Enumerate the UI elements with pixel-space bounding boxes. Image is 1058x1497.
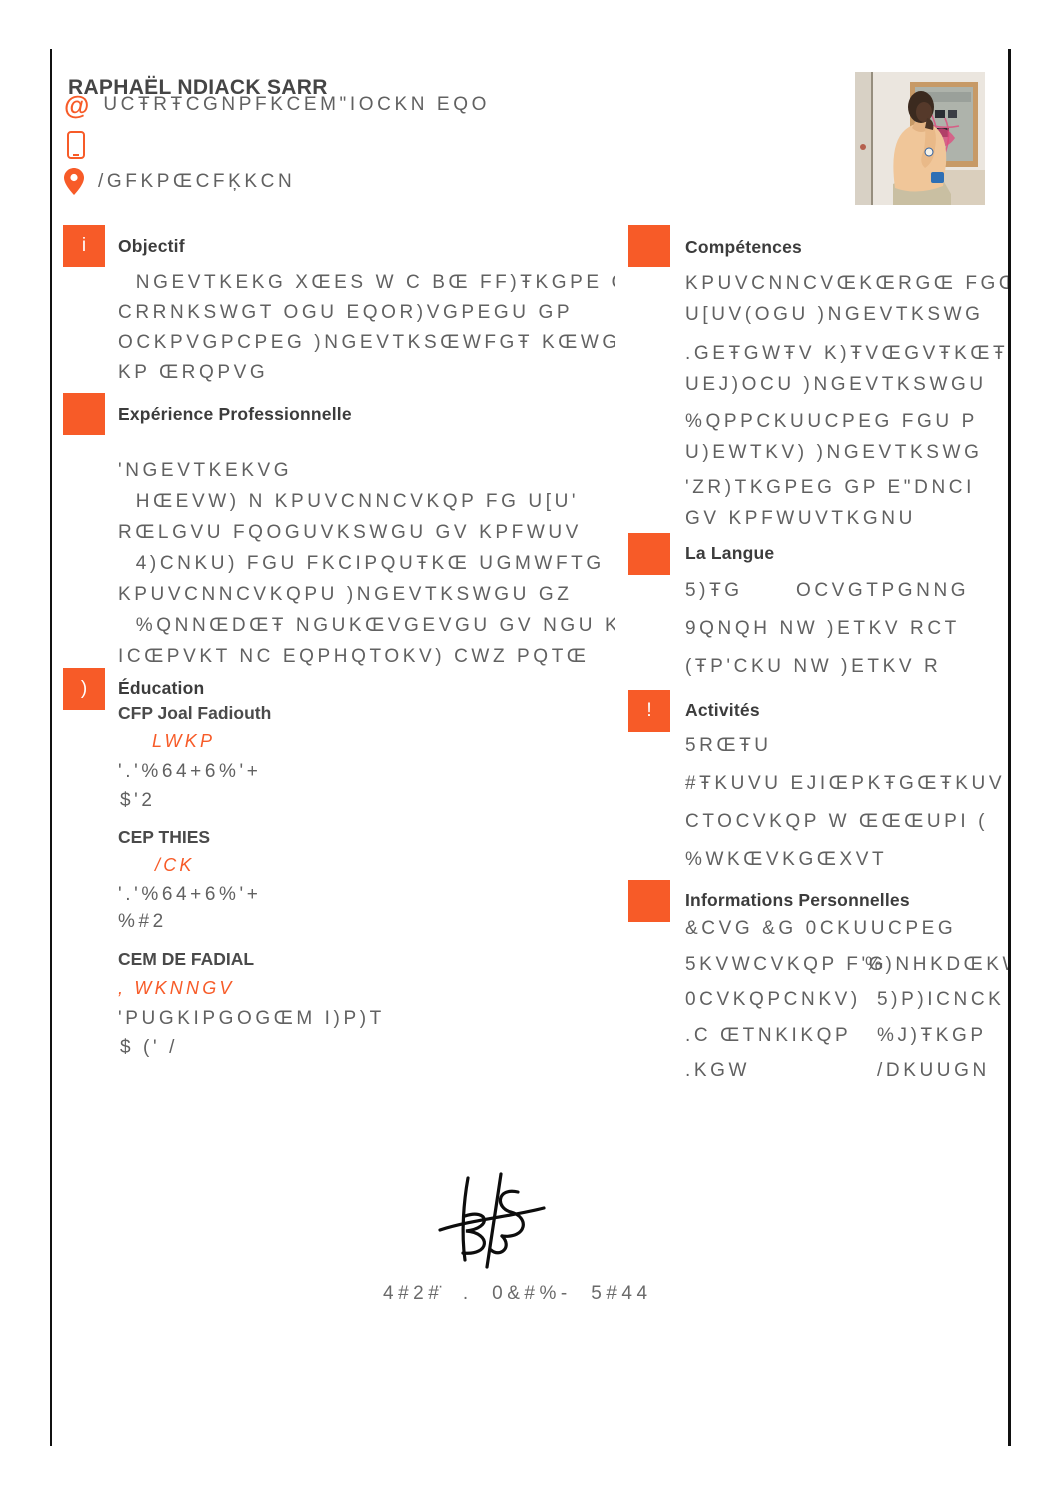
text-line: 4)CNKU) FGU FKCIPQUŦKŒ UGMWFTG bbox=[118, 548, 615, 579]
info-row: .C ŒTNKIKQP %J)ŦKGP bbox=[685, 1025, 1008, 1061]
education-date: , WKNNGV bbox=[118, 978, 235, 999]
competence-item: KPUVCNNCVŒKŒRGŒ FGŒVF GGLP U[UV(OGU )NGE… bbox=[685, 268, 1008, 330]
info-label: .C ŒTNKIKQP bbox=[685, 1025, 851, 1046]
education-detail: '.'%64+6%'+ bbox=[118, 761, 615, 783]
text-line: KPUVCNNCVŒKŒRGŒ FGŒVF GGLP bbox=[685, 268, 1008, 299]
education-date: /CK bbox=[155, 855, 195, 876]
experience-title: Expérience Professionnelle bbox=[118, 404, 352, 425]
competence-item: 'ZR)TKGPEG GP E"DNCI GV KPFWUVTKGNU bbox=[685, 472, 1008, 534]
text-line: CRRNKSWGT OGU EQOR)VGPEGU GP bbox=[118, 298, 615, 328]
objectif-text: NGEVTKEKG XŒES W C BŒ FF)ŦKGPE ŒC PEVJ C… bbox=[118, 268, 615, 388]
info-value: %J)ŦKGP bbox=[877, 1025, 987, 1047]
info-value: 5)P)ICNCK bbox=[877, 989, 1004, 1011]
experience-text: 'NGEVTKEKVG HŒEVW) N KPUVCNNCVKQP FG U[U… bbox=[118, 455, 615, 672]
education-school: CFP Joal Fadiouth bbox=[118, 703, 271, 724]
activites-section-icon: ! bbox=[628, 690, 670, 732]
info-value: /DKUUGN bbox=[877, 1060, 990, 1082]
langue-title: La Langue bbox=[685, 543, 774, 564]
text-line: OCKPVGPCPEG )NGEVTKSŒWFGŦ KŒWGUG bbox=[118, 328, 615, 358]
location-pin-icon bbox=[64, 168, 84, 195]
objectif-title: Objectif bbox=[118, 236, 185, 257]
text-line: .GEŦGWŦV K)ŦVŒGVŦKŒŦP FG bbox=[685, 338, 1008, 369]
text-line: ICŒPVKT NC EQPHQTOKV) CWZ PQTŒ bbox=[118, 641, 615, 672]
graduation-icon: ) bbox=[81, 678, 87, 700]
exclamation-icon: ! bbox=[646, 700, 651, 722]
info-icon: i bbox=[82, 235, 86, 257]
education-detail: 'PUGKIPGOGŒM I)P)T bbox=[118, 1008, 615, 1030]
text-line: U)EWTKV) )NGEVTKSWG bbox=[685, 437, 1008, 468]
text-line: UEJ)OCU )NGEVTKSWGU bbox=[685, 369, 1008, 400]
text-line: 'NGEVTKEKVG bbox=[118, 455, 615, 486]
text-line: NGEVTKEKG XŒES W C BŒ FF)ŦKGPE ŒC PEVJ bbox=[118, 268, 615, 298]
text-line: %QNNŒDŒŦ NGUKŒVGEVGU GV NGU KI bbox=[118, 610, 615, 641]
location-row: /GFKPŒCFĶKCN bbox=[64, 168, 295, 195]
competences-section-icon bbox=[628, 225, 670, 267]
email-icon: @ bbox=[64, 92, 89, 118]
text-line: HŒEVW) N KPUVCNNCVKQP FG U[U' bbox=[118, 486, 615, 517]
text-line: #ŦKUVU EJIŒPKŦGŒŦKUV bbox=[685, 765, 1008, 803]
education-section-icon: ) bbox=[63, 668, 105, 710]
education-title: Éducation bbox=[118, 678, 204, 699]
text-line: GV KPFWUVTKGNU bbox=[685, 503, 1008, 534]
competence-item: .GEŦGWŦV K)ŦVŒGVŦKŒŦP FG UEJ)OCU )NGEVTK… bbox=[685, 338, 1008, 400]
activites-title: Activités bbox=[685, 700, 760, 721]
education-school: CEP THIES bbox=[118, 827, 210, 848]
location-text: /GFKPŒCFĶKCN bbox=[98, 171, 295, 193]
info-label: &CVG &G 0CKUUCPEG bbox=[685, 918, 956, 939]
page-left-border bbox=[50, 49, 52, 1446]
info-row: 5KVWCVKQP F'G %)NHKDŒKW( bbox=[685, 954, 1008, 990]
text-line: RŒLGVU FQOGUVKSWGU GV KPFWUV bbox=[118, 517, 615, 548]
email-row: @ UCŦRŦCGNPFKCEM"IOCKN EQO bbox=[64, 92, 490, 118]
text-line: KP ŒRQPVG bbox=[118, 358, 615, 388]
education-date: LWKP bbox=[152, 731, 215, 752]
signature bbox=[438, 1170, 548, 1270]
text-line: U[UV(OGU )NGEVTKSWG bbox=[685, 299, 1008, 330]
competences-title: Compétences bbox=[685, 237, 802, 258]
activites-text: 5RŒŦU #ŦKUVU EJIŒPKŦGŒŦKUV CTOCVKQP W ŒŒ… bbox=[685, 727, 1008, 879]
education-diploma: $ (' / bbox=[120, 1037, 617, 1059]
infos-section-icon bbox=[628, 880, 670, 922]
competence-item: %QPPCKUUCPEG FGU P U)EWTKV) )NGEVTKSWG bbox=[685, 406, 1008, 468]
cv-page: RAPHAËL NDIACK SARR @ UCŦRŦCGNPFKCEM"IOC… bbox=[0, 0, 1058, 1497]
info-value: %)NHKDŒKW( bbox=[865, 954, 1008, 976]
objectif-section-icon: i bbox=[63, 225, 105, 267]
education-detail: '.'%64+6%'+ bbox=[118, 884, 615, 906]
info-row: &CVG &G 0CKUUCPEG bbox=[685, 918, 1008, 954]
profile-photo bbox=[855, 72, 985, 205]
text-line: CTOCVKQP W ŒŒŒUPI ( bbox=[685, 803, 1008, 841]
text-line: KPUVCNNCVKQPU )NGEVTKSWGU GZ bbox=[118, 579, 615, 610]
info-label: 5KVWCVKQP F'G bbox=[685, 954, 887, 975]
typed-name: 4#2#̈ . 0&#%- 5#44 bbox=[383, 1283, 652, 1305]
langue-text: 5)ŦG OCVGTPGNNG 9QNQH NW )ETKV RCT (ŦP'C… bbox=[685, 572, 1008, 686]
text-line: 'ZR)TKGPEG GP E"DNCI bbox=[685, 472, 1008, 503]
infos-title: Informations Personnelles bbox=[685, 890, 910, 911]
text-line: 5)ŦG OCVGTPGNNG bbox=[685, 572, 1008, 610]
phone-row bbox=[64, 131, 85, 159]
email-text: UCŦRŦCGNPFKCEM"IOCKN EQO bbox=[103, 94, 490, 116]
education-school: CEM DE FADIAL bbox=[118, 949, 254, 970]
text-line: 9QNQH NW )ETKV RCT bbox=[685, 610, 1008, 648]
text-line: %QPPCKUUCPEG FGU P bbox=[685, 406, 1008, 437]
text-line: (ŦP'CKU NW )ETKV R bbox=[685, 648, 1008, 686]
education-diploma: %#2 bbox=[118, 911, 615, 933]
experience-section-icon bbox=[63, 393, 105, 435]
info-row: .KGW /DKUUGN bbox=[685, 1060, 1008, 1096]
langue-section-icon bbox=[628, 533, 670, 575]
education-diploma: $'2 bbox=[120, 790, 617, 812]
info-row: 0CVKQPCNKV) 5)P)ICNCK bbox=[685, 989, 1008, 1025]
phone-icon bbox=[67, 131, 85, 159]
info-label: .KGW bbox=[685, 1060, 750, 1081]
text-line: 5RŒŦU bbox=[685, 727, 1008, 765]
page-right-border bbox=[1008, 49, 1011, 1446]
infos-rows: &CVG &G 0CKUUCPEG 5KVWCVKQP F'G %)NHKDŒK… bbox=[685, 918, 1008, 1096]
text-line: %WKŒVKGŒXVT bbox=[685, 841, 1008, 879]
info-label: 0CVKQPCNKV) bbox=[685, 989, 861, 1010]
